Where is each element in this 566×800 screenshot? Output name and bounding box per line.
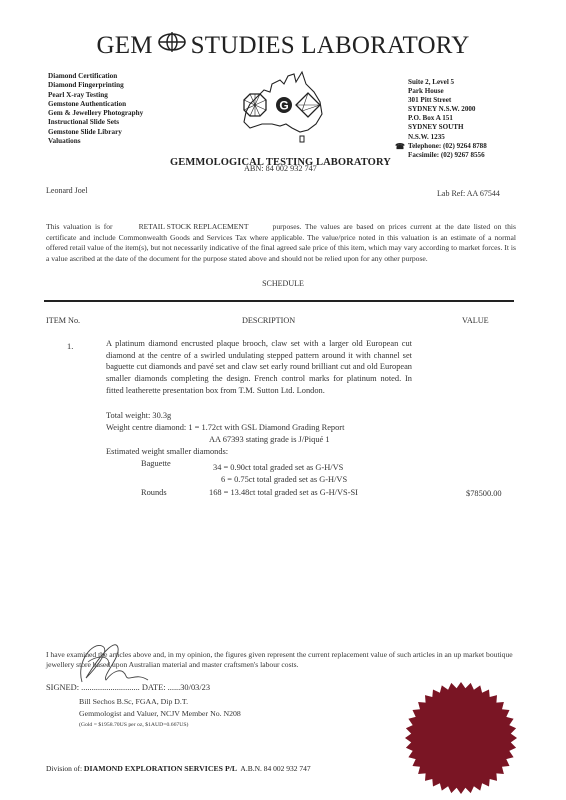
address-line: P.O. Box A 151: [408, 114, 487, 123]
svg-text:G: G: [279, 99, 288, 113]
lab-abn: ABN: 84 002 932 747: [244, 164, 317, 173]
footer-prefix: Division of:: [46, 764, 82, 773]
date-label: DATE: ......30/03/23: [142, 683, 210, 692]
lab-reference: Lab Ref: AA 67544: [437, 189, 500, 198]
valuer-title: Gemmologist and Valuer, NCJV Member No. …: [79, 708, 241, 720]
item-total-weight: Total weight: 30.3g: [106, 411, 171, 420]
service-item: Gemstone Authentication: [48, 100, 143, 109]
service-item: Instructional Slide Sets: [48, 118, 143, 127]
header-item-no: ITEM No.: [46, 316, 80, 325]
item-description: A platinum diamond encrusted plaque broo…: [106, 338, 412, 397]
item-value: $78500.00: [466, 489, 502, 498]
telephone-number: Telephone: (02) 9264 8788: [408, 142, 487, 150]
services-list: Diamond Certification Diamond Fingerprin…: [48, 72, 143, 146]
facsimile-number: Facsimile: (02) 9267 8556: [408, 151, 487, 160]
letterhead-title: GEMSTUDIES LABORATORY: [0, 32, 566, 61]
client-name: Leonard Joel: [46, 186, 88, 195]
service-item: Gemstone Slide Library: [48, 128, 143, 137]
service-item: Gem & Jewellery Photography: [48, 109, 143, 118]
signed-label: SIGNED: ............................: [46, 683, 140, 692]
divider: [44, 300, 514, 302]
service-item: Pearl X-ray Testing: [48, 91, 143, 100]
item-centre-weight: Weight centre diamond: 1 = 1.72ct with G…: [106, 423, 344, 432]
item-centre-report: AA 67393 stating grade is J/Piqué 1: [209, 435, 330, 444]
purpose-prefix: This valuation is for: [46, 222, 113, 231]
address-line: 301 Pitt Street: [408, 96, 487, 105]
header-description: DESCRIPTION: [242, 316, 295, 325]
title-left: GEM: [96, 32, 152, 59]
red-seal-icon: [402, 682, 520, 794]
smaller-detail: 6 = 0.75ct total graded set as G-H/VS: [221, 475, 347, 484]
footer-abn: A.B.N. 84 002 932 747: [240, 764, 310, 773]
address-line: N.S.W. 1235: [408, 133, 487, 142]
address-line: Suite 2, Level 5: [408, 78, 487, 87]
service-item: Valuations: [48, 137, 143, 146]
smaller-detail: 168 = 13.48ct total graded set as G-H/VS…: [209, 488, 358, 497]
globe-icon: [157, 31, 187, 59]
footer-company: DIAMOND EXPLORATION SERVICES P/L: [84, 764, 237, 773]
smaller-detail: 34 = 0.90ct total graded set as G-H/VS: [213, 463, 343, 472]
address-line: Park House: [408, 87, 487, 96]
address-line: SYDNEY SOUTH: [408, 123, 487, 132]
title-right: STUDIES LABORATORY: [191, 32, 470, 59]
lab-address: Suite 2, Level 5 Park House 301 Pitt Str…: [408, 78, 487, 160]
address-line: SYDNEY N.S.W. 2000: [408, 105, 487, 114]
smaller-type: Rounds: [141, 488, 167, 497]
australia-logo: G: [236, 70, 332, 146]
schedule-heading: SCHEDULE: [0, 279, 566, 288]
smaller-type: Baguette: [141, 459, 171, 468]
valuation-purpose-paragraph: This valuation is forRETAIL STOCK REPLAC…: [46, 222, 516, 264]
brilliant-diamond-icon: [244, 94, 266, 116]
item-smaller-label: Estimated weight smaller diamonds:: [106, 447, 228, 456]
purpose-body: purposes. The values are based on prices…: [46, 222, 516, 263]
item-number: 1.: [67, 342, 73, 351]
telephone-icon: ☎: [395, 142, 405, 151]
purpose-value: RETAIL STOCK REPLACEMENT: [139, 222, 249, 233]
gold-price-note: (Gold = $1958.70US per oz, $1AUD=0.667US…: [79, 722, 188, 728]
service-item: Diamond Certification: [48, 72, 143, 81]
signature-line: SIGNED: ............................ DAT…: [46, 683, 210, 692]
valuer-details: Bill Sechos B.Sc, FGAA, Dip D.T. Gemmolo…: [79, 696, 241, 721]
service-item: Diamond Fingerprinting: [48, 81, 143, 90]
footer-division: Division of: DIAMOND EXPLORATION SERVICE…: [46, 764, 311, 773]
valuer-name: Bill Sechos B.Sc, FGAA, Dip D.T.: [79, 696, 241, 708]
header-value: VALUE: [462, 316, 489, 325]
